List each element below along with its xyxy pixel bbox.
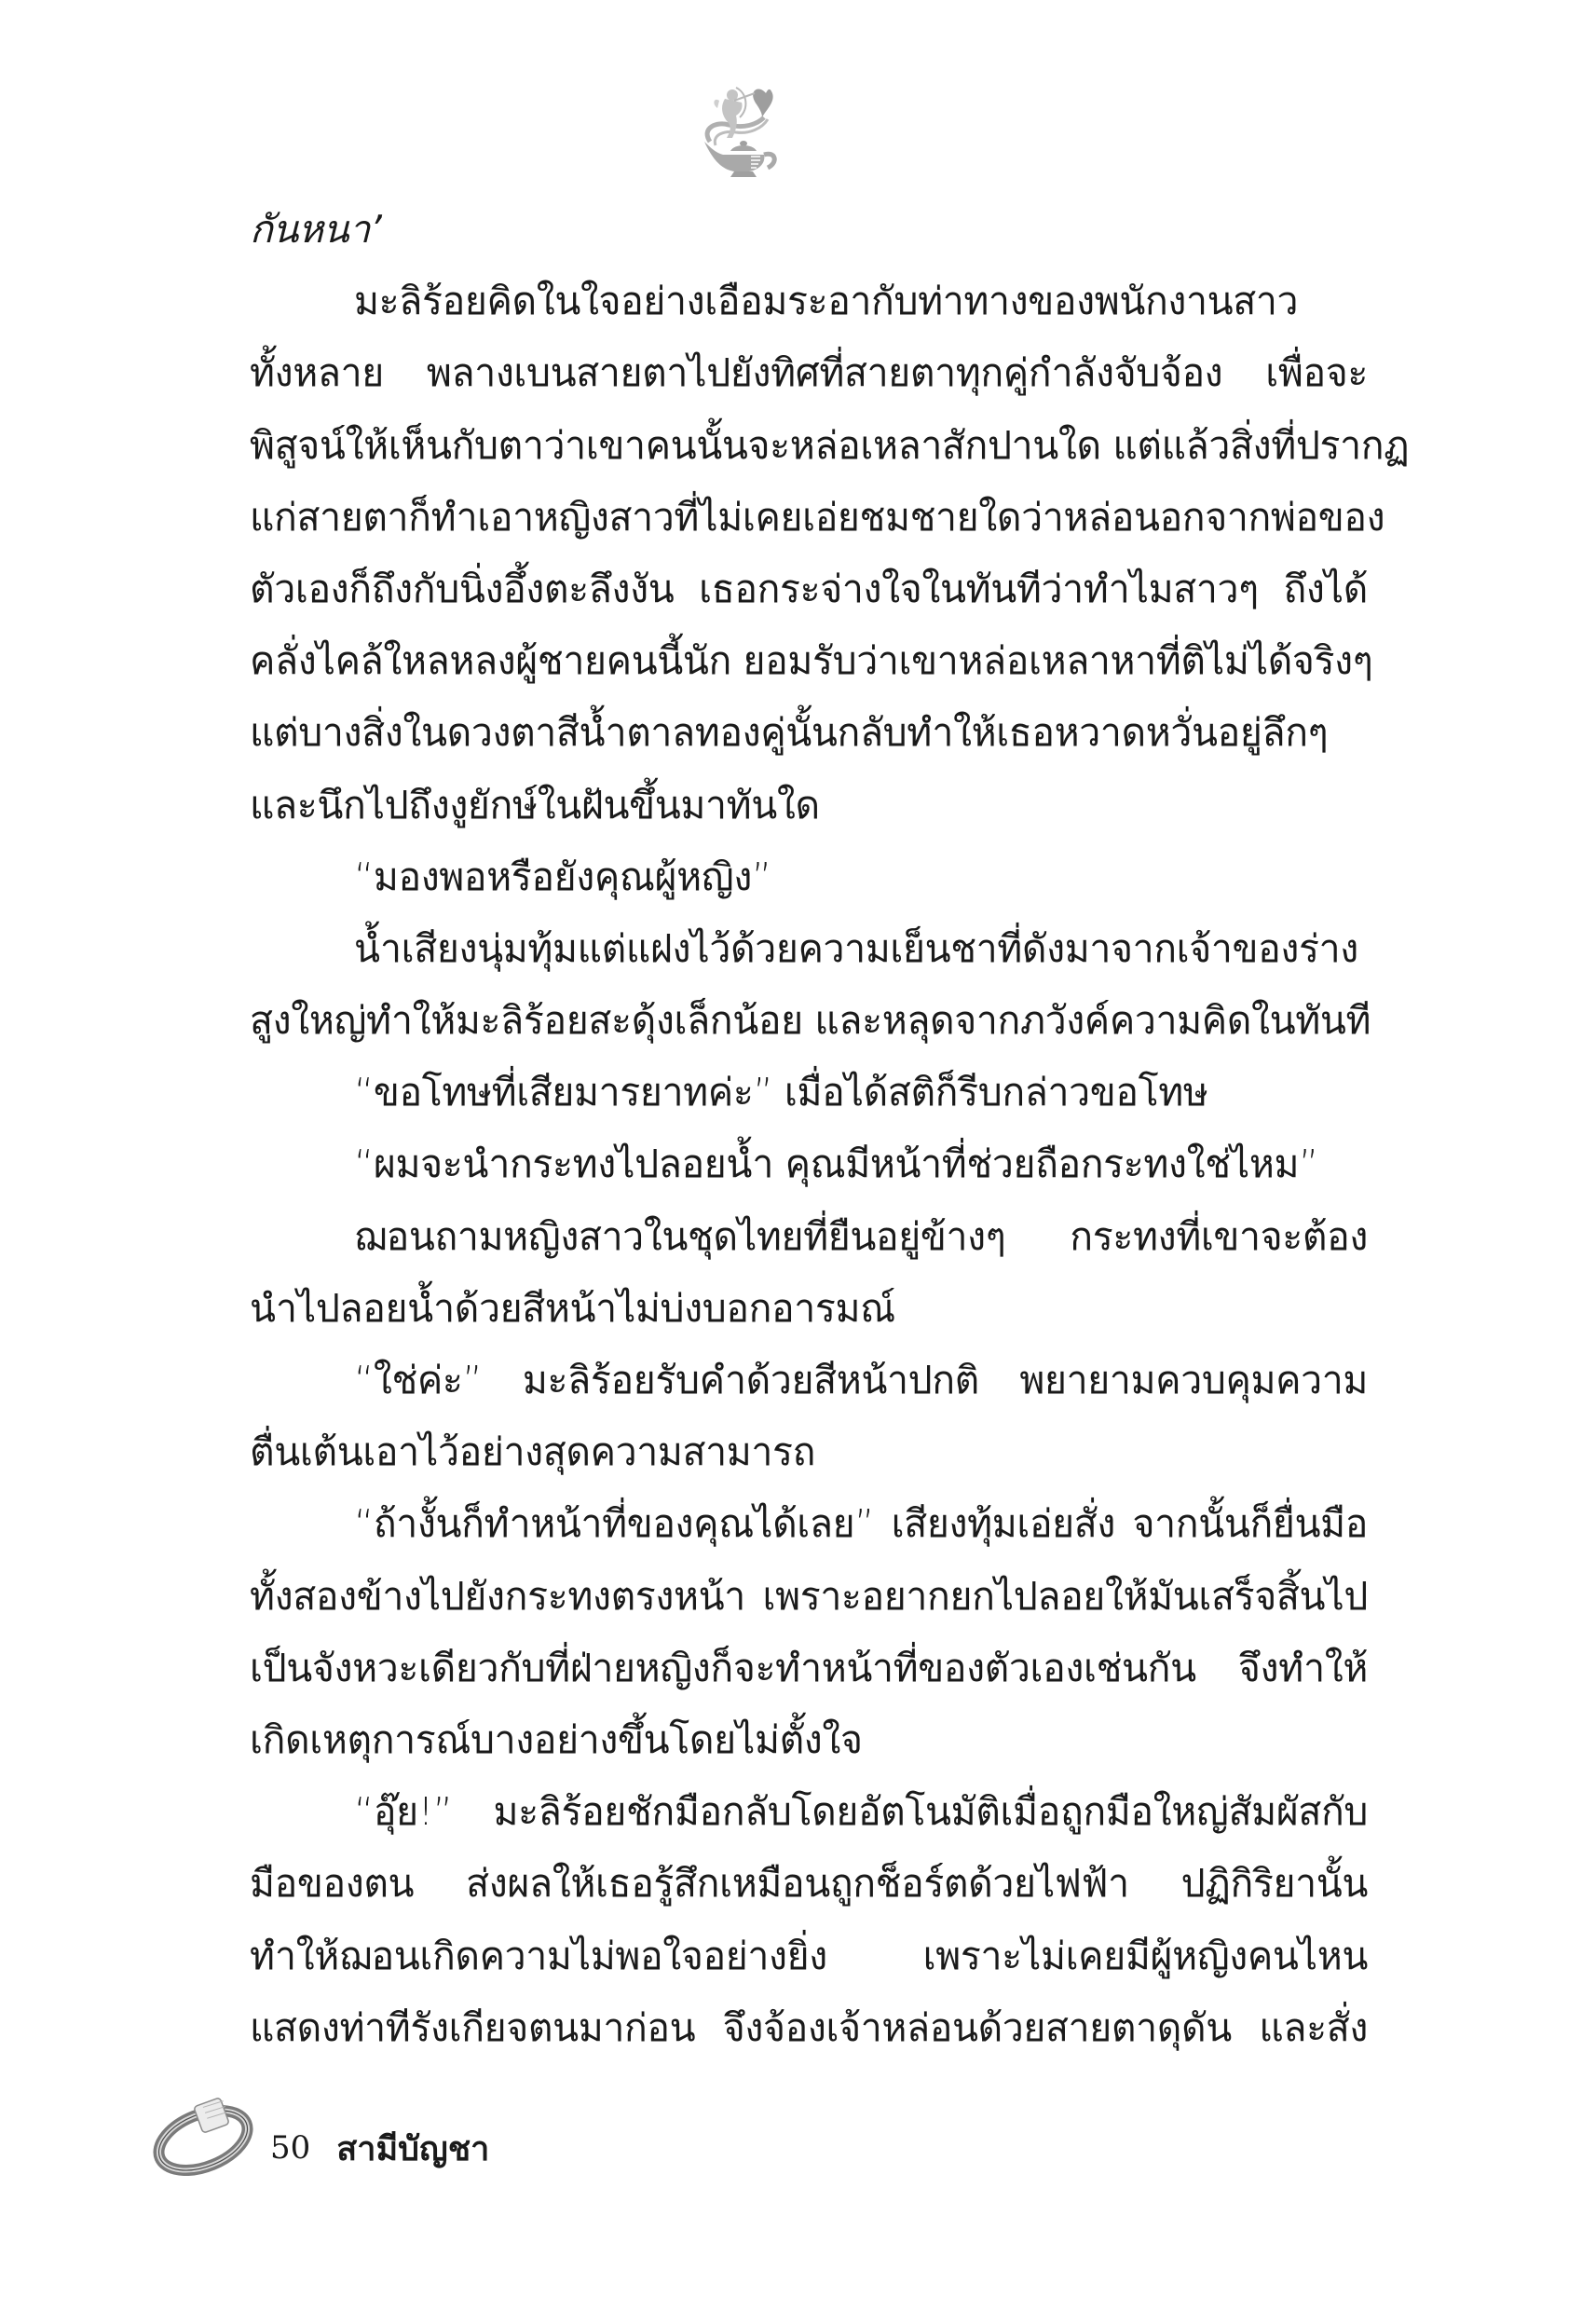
dialogue-line: “ถ้างั้นก็ทำหน้าที่ของคุณได้เลย” เสียงทุ… xyxy=(250,1488,1368,1560)
dialogue-line: “ขอโทษที่เสียมารยาทค่ะ” เมื่อได้สติก็รีบ… xyxy=(250,1057,1368,1128)
text-line: พิสูจน์ให้เห็นกับตาว่าเขาคนนั้นจะหล่อเหล… xyxy=(250,410,1368,482)
text-line: ทั้งหลาย พลางเบนสายตาไปยังทิศที่สายตาทุก… xyxy=(250,337,1368,409)
text-line: มือของตน ส่งผลให้เธอรู้สึกเหมือนถูกช็อร์… xyxy=(250,1848,1368,1920)
dialogue-line: “อุ๊ย!” มะลิร้อยชักมือกลับโดยอัตโนมัติเม… xyxy=(250,1776,1368,1848)
text-line: ฌอนถามหญิงสาวในชุดไทยที่ยืนอยู่ข้างๆ กระ… xyxy=(250,1201,1368,1273)
text-line: ทั้งสองข้างไปยังกระทงตรงหน้า เพราะอยากยก… xyxy=(250,1561,1368,1633)
text-line: และนึกไปถึงงูยักษ์ในฝันขึ้นมาทันใด xyxy=(250,770,1368,841)
book-title: สามีบัญชา xyxy=(336,2122,489,2175)
text-line: เป็นจังหวะเดียวกับที่ฝ่ายหญิงก็จะทำหน้าท… xyxy=(250,1633,1368,1704)
body-text: กันหนา’ มะลิร้อยคิดในใจอย่างเอือมระอากับ… xyxy=(250,194,1368,2064)
dialogue-line: “ผมจะนำกระทงไปลอยน้ำ คุณมีหน้าที่ช่วยถือ… xyxy=(250,1128,1368,1200)
text-line: กันหนา’ xyxy=(250,194,1368,266)
page-footer: 50 สามีบัญชา xyxy=(149,2083,489,2185)
text-line: แสดงท่าทีรังเกียจตนมาก่อน จึงจ้องเจ้าหล่… xyxy=(250,1992,1368,2064)
magic-lamp-cupid-icon xyxy=(691,76,796,181)
text-line: ตัวเองก็ถึงกับนิ่งอึ้งตะลึงงัน เธอกระจ่า… xyxy=(250,554,1368,625)
text-line: แต่บางสิ่งในดวงตาสีน้ำตาลทองคู่นั้นกลับท… xyxy=(250,697,1368,769)
text-line: ทำให้ฌอนเกิดความไม่พอใจอย่างยิ่ง เพราะไม… xyxy=(250,1921,1368,1992)
text-line: สูงใหญ่ทำให้มะลิร้อยสะดุ้งเล็กน้อย และหล… xyxy=(250,985,1368,1057)
text-line: ตื่นเต้นเอาไว้อย่างสุดความสามารถ xyxy=(250,1416,1368,1488)
text-line: เกิดเหตุการณ์บางอย่างขึ้นโดยไม่ตั้งใจ xyxy=(250,1704,1368,1776)
text-line: คลั่งไคล้ใหลหลงผู้ชายคนนี้นัก ยอมรับว่าเ… xyxy=(250,625,1368,697)
text-line: น้ำเสียงนุ่มทุ้มแต่แฝงไว้ด้วยความเย็นชาท… xyxy=(250,913,1368,985)
text-line: แก่สายตาก็ทำเอาหญิงสาวที่ไม่เคยเอ่ยชมชาย… xyxy=(250,482,1368,554)
page-number: 50 xyxy=(270,2129,310,2167)
text-line: นำไปลอยน้ำด้วยสีหน้าไม่บ่งบอกอารมณ์ xyxy=(250,1273,1368,1345)
dialogue-line: “มองพอหรือยังคุณผู้หญิง” xyxy=(250,841,1368,913)
ring-icon xyxy=(149,2092,261,2176)
book-page: กันหนา’ มะลิร้อยคิดในใจอย่างเอือมระอากับ… xyxy=(0,0,1596,2311)
dialogue-line: “ใช่ค่ะ” มะลิร้อยรับคำด้วยสีหน้าปกติ พยา… xyxy=(250,1345,1368,1416)
text-line: มะลิร้อยคิดในใจอย่างเอือมระอากับท่าทางขอ… xyxy=(250,266,1368,337)
